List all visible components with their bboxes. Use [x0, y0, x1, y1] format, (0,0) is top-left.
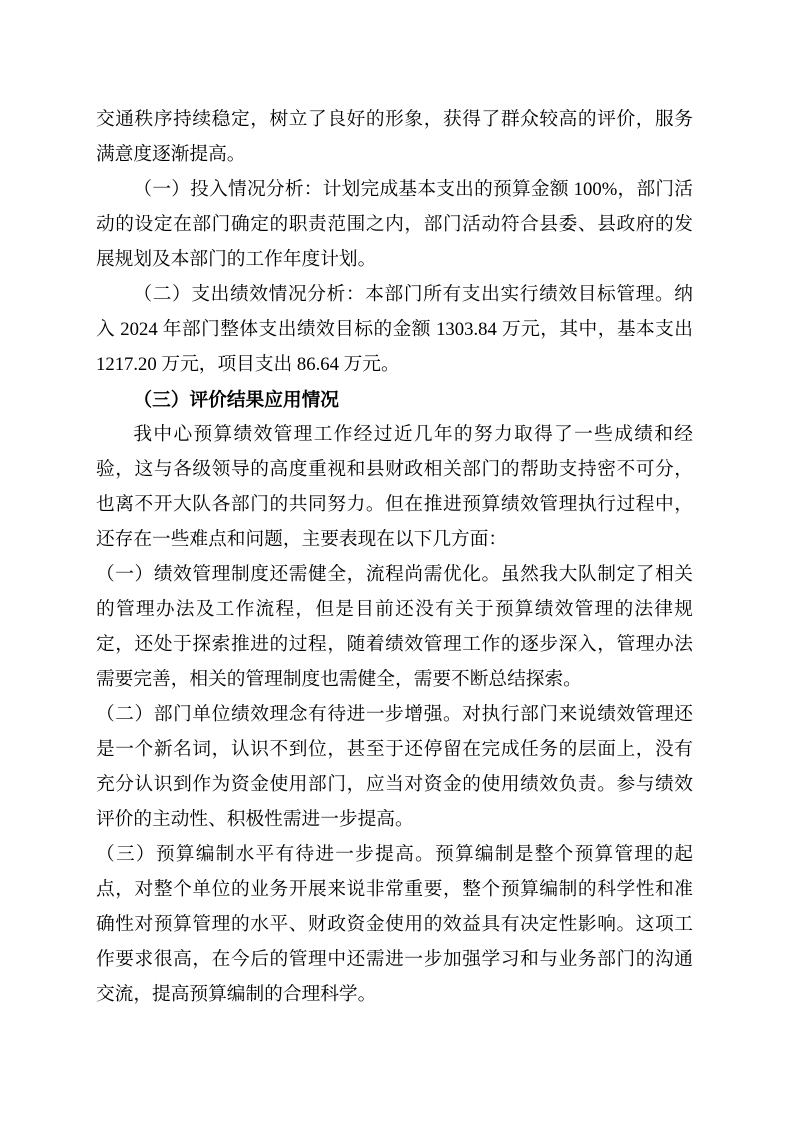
- document-page: 交通秩序持续稳定，树立了良好的形象，获得了群众较高的评价，服务满意度逐渐提高。 …: [0, 0, 793, 1122]
- paragraph-issue-2-concept: （二）部门单位绩效理念有待进一步增强。对执行部门来说绩效管理还是一个新名词，认识…: [96, 697, 693, 837]
- paragraph-issue-3-budgeting: （三）预算编制水平有待进一步提高。预算编制是整个预算管理的起点，对整个单位的业务…: [96, 837, 693, 1012]
- paragraph-service-evaluation: 交通秩序持续稳定，树立了良好的形象，获得了群众较高的评价，服务满意度逐渐提高。: [96, 102, 693, 172]
- paragraph-overall-progress: 我中心预算绩效管理工作经过近几年的努力取得了一些成绩和经验，这与各级领导的高度重…: [96, 417, 693, 557]
- paragraph-issue-1-system: （一）绩效管理制度还需健全，流程尚需优化。虽然我大队制定了相关的管理办法及工作流…: [96, 557, 693, 697]
- document-text-block: 交通秩序持续稳定，树立了良好的形象，获得了群众较高的评价，服务满意度逐渐提高。 …: [96, 102, 693, 1012]
- paragraph-input-analysis: （一）投入情况分析：计划完成基本支出的预算金额 100%，部门活动的设定在部门确…: [96, 172, 693, 277]
- paragraph-expenditure-performance-analysis: （二）支出绩效情况分析：本部门所有支出实行绩效目标管理。纳入 2024 年部门整…: [96, 277, 693, 382]
- section-heading-evaluation-result-application: （三）评价结果应用情况: [96, 382, 693, 417]
